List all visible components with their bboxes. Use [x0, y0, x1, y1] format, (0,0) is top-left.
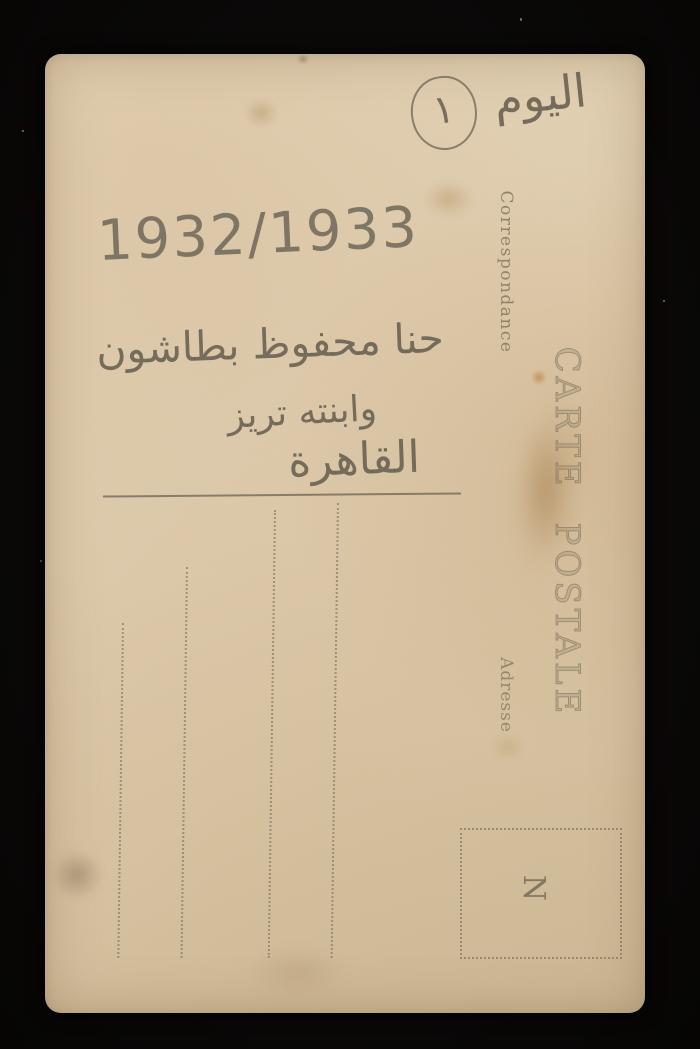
dust-speck [22, 130, 24, 132]
correspondance-label: Correspondance [494, 182, 516, 362]
handwritten-city: القاهرة [232, 430, 476, 489]
dust-speck [663, 300, 665, 302]
address-dotted-line-3 [268, 510, 276, 958]
dust-speck [40, 560, 42, 562]
stain [423, 180, 475, 218]
handwritten-year: 1932/1933 [96, 195, 420, 274]
circled-digit: ١ [406, 72, 482, 154]
adresse-label: Adresse [494, 640, 516, 750]
stain [297, 54, 309, 64]
photo-background: Correspondance CARTE POSTALE Adresse N ا… [0, 0, 700, 1049]
stain [51, 850, 103, 900]
address-dotted-line-4 [331, 503, 339, 958]
handwritten-top-word: اليوم [471, 61, 610, 129]
postcard-back: Correspondance CARTE POSTALE Adresse N ا… [45, 54, 645, 1013]
city-underline [103, 492, 461, 497]
carte-postale-title: CARTE POSTALE [543, 332, 587, 732]
circled-digit-value: ١ [408, 74, 478, 146]
dust-speck [520, 18, 522, 21]
address-dotted-line-1 [117, 623, 124, 958]
address-dotted-line-2 [181, 567, 188, 958]
handwritten-name-line: حنا محفوظ بطاشون [64, 313, 475, 375]
stamp-box-letter: N [516, 871, 550, 905]
stain [243, 98, 279, 128]
handwritten-second-line: وابنته تريز [172, 385, 432, 439]
